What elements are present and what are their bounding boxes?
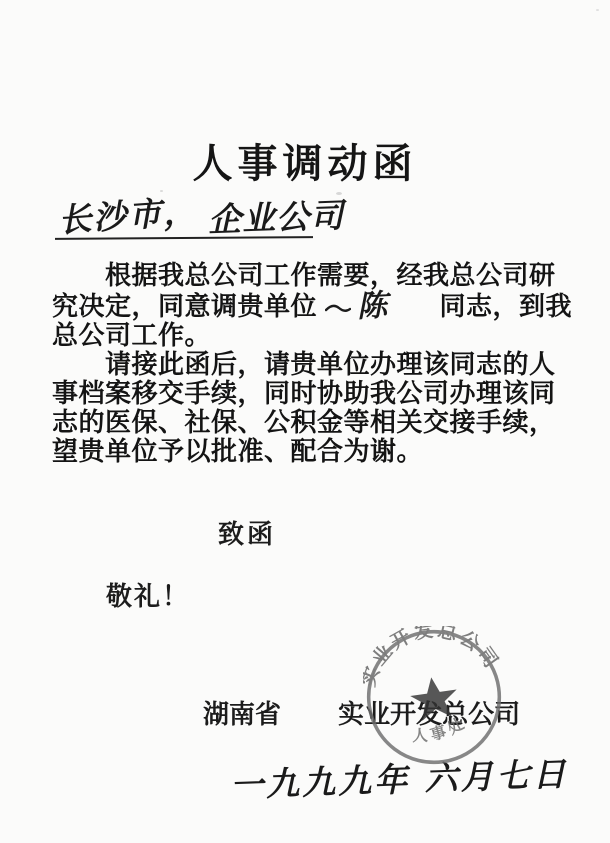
- paragraph1-line3: 总公司工作。: [52, 322, 560, 351]
- letter-title: 人事调动函: [0, 132, 610, 189]
- closing-zhihan: 致函: [218, 514, 276, 551]
- paragraph2-line2: 事档案移交手续，同时协助我公司办理该同: [52, 380, 560, 409]
- closing-jingli: 敬礼！: [106, 576, 190, 613]
- recipient-underline: [55, 236, 313, 240]
- paragraph2-line4: 望贵单位予以批准、配合为谢。: [52, 438, 560, 467]
- paragraph1-line1: 根据我总公司工作需要，经我总公司研: [52, 262, 560, 291]
- paragraph2-line3: 志的医保、社保、公积金等相关交接手续，: [52, 409, 560, 438]
- scan-noise: [596, 9, 599, 11]
- paragraph2-line1: 请接此函后，请贵单位办理该同志的人: [52, 351, 560, 380]
- scanned-letter-page: 人事调动函 长沙市， 企业公司 根据我总公司工作需要，经我总公司研 究决定，同意…: [0, 0, 610, 843]
- handwritten-city: 长沙市，: [57, 185, 200, 242]
- handwriting-stroke: [325, 293, 351, 322]
- svg-text:人事处: 人事处: [409, 712, 472, 748]
- recipient-line: 长沙市， 企业公司: [58, 188, 358, 244]
- seal-bottom-text: 人事处: [409, 712, 472, 748]
- star-icon: [408, 674, 460, 722]
- signature-province: 湖南省: [203, 694, 281, 731]
- paragraph1-line2-post: 同志，到我: [440, 292, 573, 322]
- handwritten-surname: 陈: [356, 291, 388, 322]
- letter-body: 根据我总公司工作需要，经我总公司研 究决定，同意调贵单位陈同志，到我 总公司工作…: [52, 262, 560, 467]
- company-seal: 实业开发总公司 人事处: [363, 626, 505, 768]
- paragraph1-line2-pre: 究决定，同意调贵单位: [52, 292, 317, 322]
- paragraph1-line2: 究决定，同意调贵单位陈同志，到我: [52, 291, 560, 322]
- handwritten-company: 企业公司: [207, 190, 345, 242]
